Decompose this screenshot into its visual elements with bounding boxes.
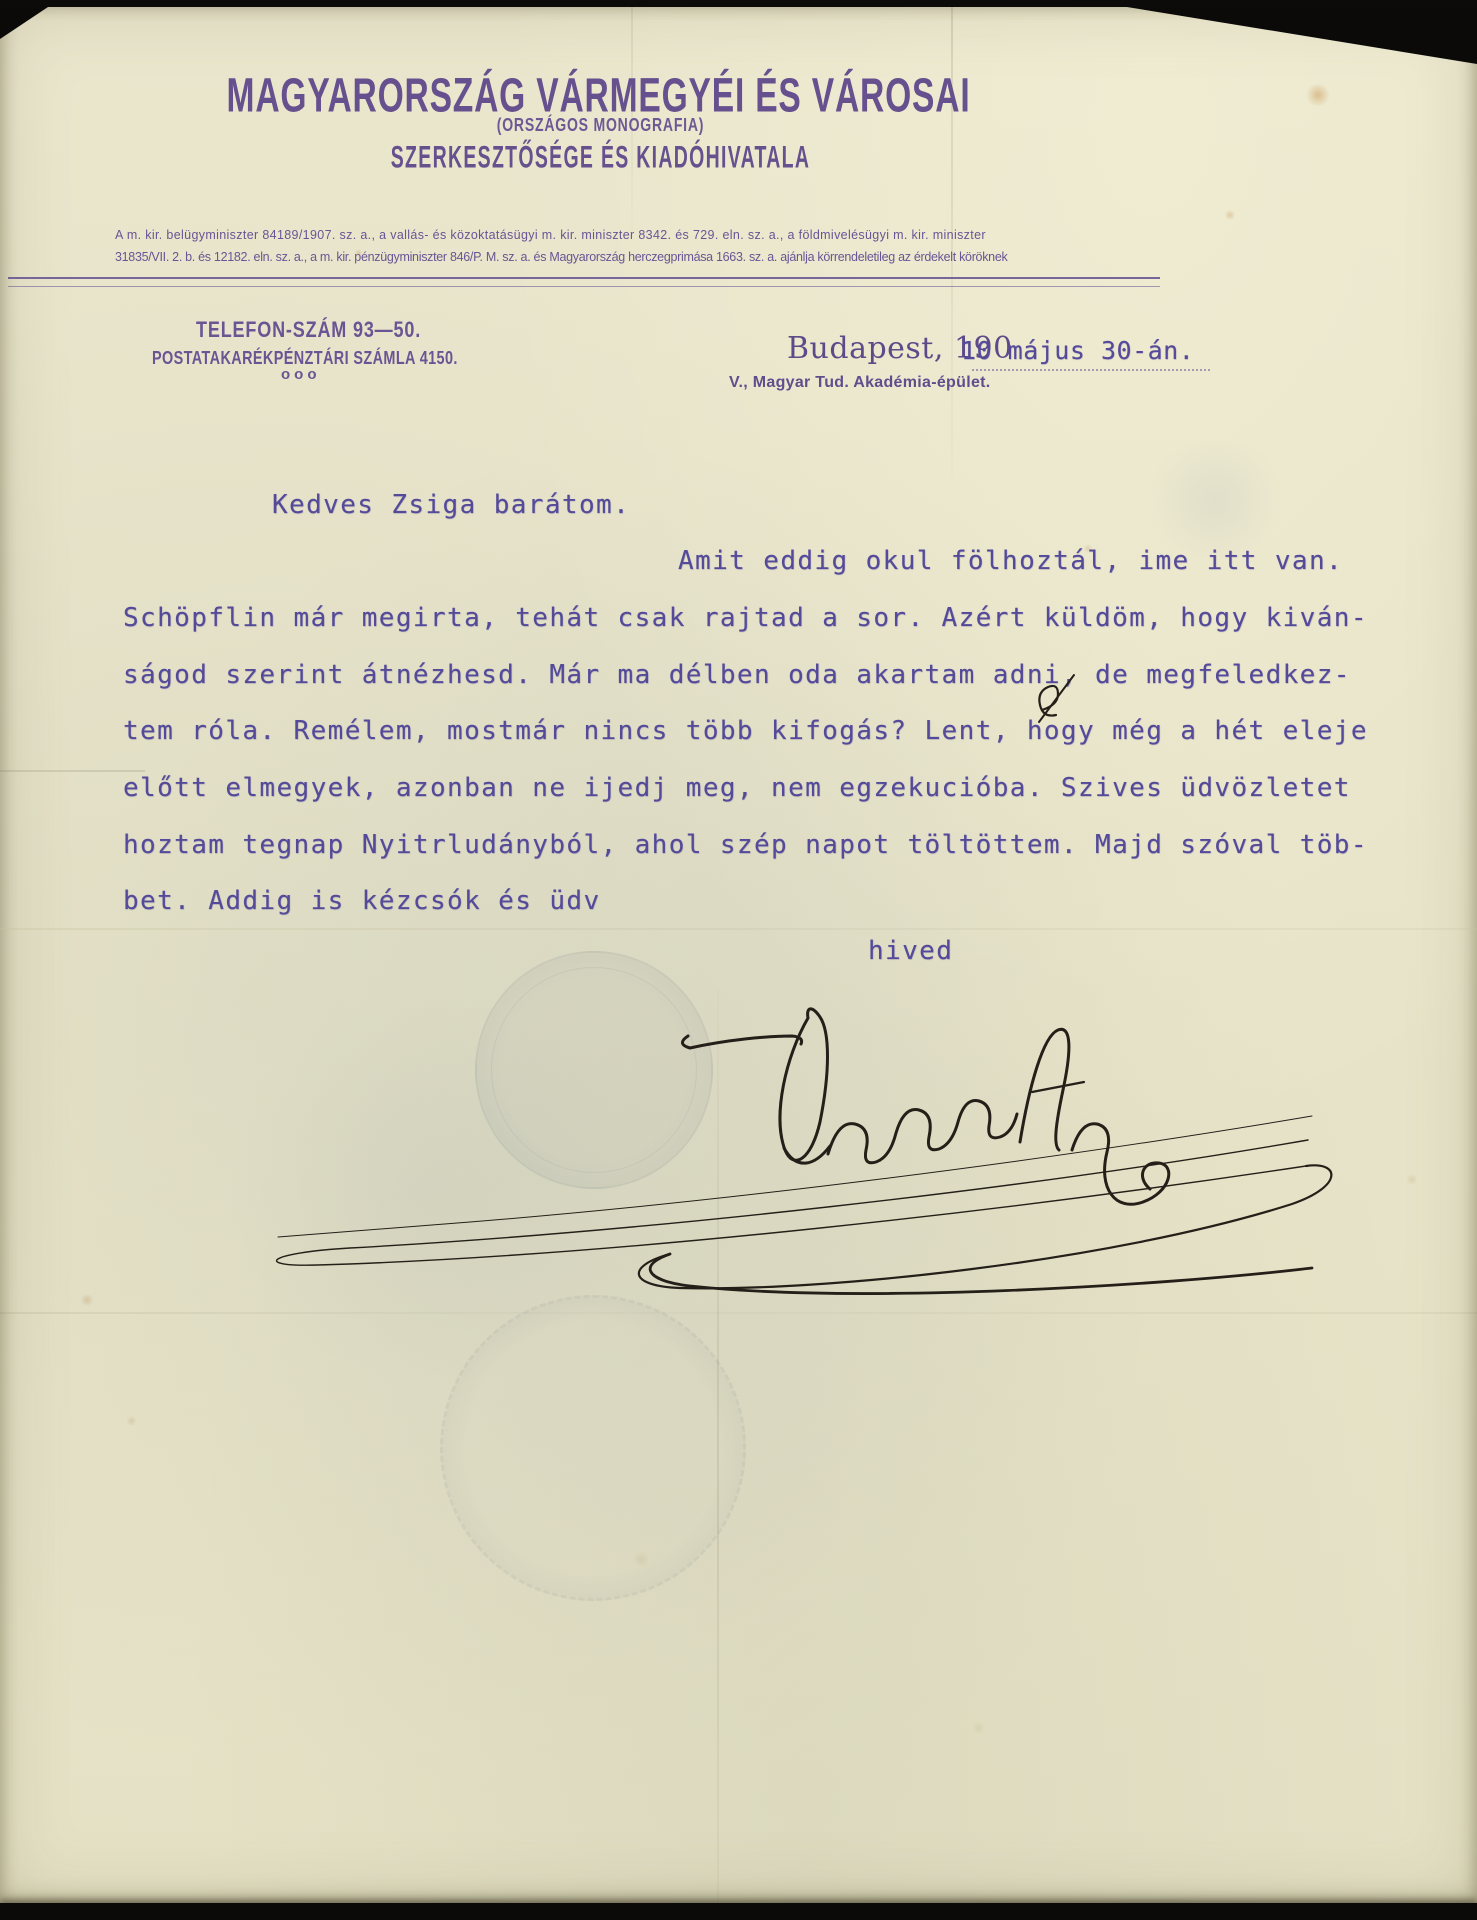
letterhead-subtitle: (ORSZÁGOS MONOGRAFIA) <box>24 115 1176 136</box>
body-line: Amit eddig okul fölhoztál, ime itt van. <box>678 546 1343 576</box>
letterhead-authorization-line-2: 31835/VII. 2. b. és 12182. eln. sz. a., … <box>115 250 1007 264</box>
body-line: Schöpflin már megirta, tehát csak rajtad… <box>123 603 1368 633</box>
body-line: tem róla. Remélem, mostmár nincs több ki… <box>123 716 1368 746</box>
office-address-line: V., Magyar Tud. Akadémia-épület. <box>729 374 991 392</box>
body-line: bet. Addig is kézcsók és üdv <box>123 886 601 916</box>
ornament-circles: ooo <box>281 366 321 383</box>
faint-embossed-seal-lower <box>440 1295 746 1601</box>
handwritten-insertion-mark <box>1032 670 1080 724</box>
body-line: ságod szerint átnézhesd. Már ma délben o… <box>123 660 1351 690</box>
body-line: előtt elmegyek, azonban ne ijedj meg, ne… <box>123 773 1351 803</box>
salutation: Kedves Zsiga barátom. <box>272 490 630 520</box>
letterhead-office-line: SZERKESZTŐSÉGE ÉS KIADÓHIVATALA <box>120 140 1080 176</box>
signature-handwriting <box>220 1002 1340 1302</box>
telephone-number-line: TELEFON-SZÁM 93—50. <box>196 317 421 343</box>
letterhead-divider-rule <box>8 277 1160 287</box>
dateline-typed-date: 10 május 30-án. <box>961 336 1194 365</box>
letterhead-authorization-line-1: A m. kir. belügyminiszter 84189/1907. sz… <box>115 228 986 242</box>
body-line: hoztam tegnap Nyitrludányból, ahol szép … <box>123 830 1368 860</box>
closing-word: hived <box>868 936 953 966</box>
letter-paper <box>0 7 1477 1903</box>
photo-background-edge <box>0 1903 1477 1920</box>
photographed-letter-scan: MAGYARORSZÁG VÁRMEGYÉI ÉS VÁROSAI (ORSZÁ… <box>0 0 1477 1920</box>
